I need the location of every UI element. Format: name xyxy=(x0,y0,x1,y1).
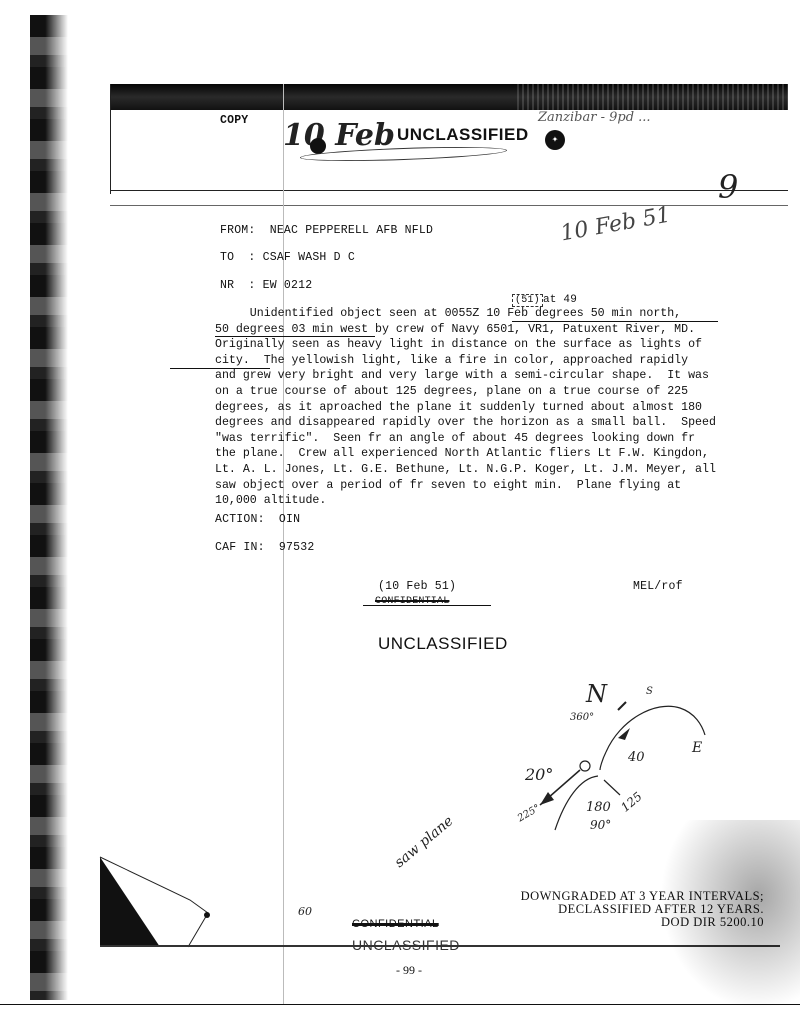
page-corner-fold xyxy=(90,855,220,950)
scan-bottom-edge xyxy=(0,1004,800,1005)
header-divider-2 xyxy=(110,205,788,206)
to-value: CSAF WASH D C xyxy=(263,251,355,264)
message-line: Lt. A. L. Jones, Lt. G.E. Bethune, Lt. N… xyxy=(215,462,716,478)
classification-stamp-middle: UNCLASSIFIED xyxy=(378,634,508,654)
copy-label: COPY xyxy=(220,114,248,127)
binder-edge xyxy=(30,15,68,1000)
message-line: Unidentified object seen at 0055Z 10 Feb… xyxy=(215,306,716,322)
message-line: on a true course of about 125 degrees, p… xyxy=(215,384,716,400)
margin-mark xyxy=(170,368,270,369)
handwritten-date-right: 10 Feb 51 xyxy=(559,203,673,247)
classification-stamp-top: UNCLASSIFIED xyxy=(397,125,529,145)
sketch-label-180: 180 xyxy=(586,800,611,815)
initials: MEL/rof xyxy=(633,580,683,593)
nr-label: NR : xyxy=(220,279,256,292)
sketch-label-north: N xyxy=(586,680,607,708)
message-line: Originally seen as heavy light in distan… xyxy=(215,337,716,353)
to-label: TO : xyxy=(220,251,256,264)
frame-left-line xyxy=(110,84,111,194)
from-value: NEAC PEPPERELL AFB NFLD xyxy=(270,224,433,237)
header-divider xyxy=(110,190,788,191)
nr-value: EW 0212 xyxy=(263,279,313,292)
from-label: FROM: xyxy=(220,224,256,237)
ink-blot xyxy=(310,138,326,154)
handwritten-date: 10 Feb xyxy=(283,118,395,153)
caf-value: 97532 xyxy=(279,541,315,554)
strike-underline xyxy=(363,605,491,606)
scan-noise xyxy=(660,820,800,1010)
action-label: ACTION: xyxy=(215,513,265,526)
insert-at: at 49 xyxy=(543,294,577,306)
sketch-label-20: 20° xyxy=(525,765,553,784)
message-line: 10,000 altitude. xyxy=(215,493,716,509)
sketch-label-east: E xyxy=(692,740,702,756)
nr-line: NR : EW 0212 xyxy=(220,279,312,292)
handwritten-note-top-right: Zanzibar - 9pd ... xyxy=(538,110,651,125)
to-line: TO : CSAF WASH D C xyxy=(220,251,355,264)
struck-stamp-bottom: CONFIDENTIAL xyxy=(352,918,439,930)
message-date: (10 Feb 51) xyxy=(378,580,456,593)
message-line: "was terrific". Seen fr an angle of abou… xyxy=(215,431,716,447)
caf-line: CAF IN: 97532 xyxy=(215,541,314,554)
sketch-note: saw plane xyxy=(392,813,457,871)
sketch-label-90: 90° xyxy=(590,818,611,832)
handwritten-number: 9 xyxy=(718,168,738,206)
classification-stamp-bottom: UNCLASSIFIED xyxy=(352,937,460,953)
header-bar xyxy=(110,84,788,110)
message-line: degrees and disappeared rapidly over the… xyxy=(215,415,716,431)
sketch-label-40: 40 xyxy=(628,750,645,765)
message-line: 50 degrees 03 min west by crew of Navy 6… xyxy=(215,322,716,338)
message-line: the plane. Crew all experienced North At… xyxy=(215,446,716,462)
handwritten-mark-bottom: 60 xyxy=(298,905,312,918)
page-number: - 99 - xyxy=(396,963,422,978)
seal-icon: ✦ xyxy=(545,130,565,150)
message-line: degrees, as it aproached the plane it su… xyxy=(215,400,716,416)
message-line: city. The yellowish light, like a fire i… xyxy=(215,353,716,369)
action-line: ACTION: OIN xyxy=(215,513,300,526)
sketch-label-s: S xyxy=(646,686,653,697)
caf-label: CAF IN: xyxy=(215,541,265,554)
message-line: saw object over a period of fr seven to … xyxy=(215,478,716,494)
message-line: and grew very bright and very large with… xyxy=(215,368,716,384)
underline-coord-1 xyxy=(512,321,718,322)
action-value: OIN xyxy=(279,513,300,526)
sketch-label-360: 360° xyxy=(570,712,594,723)
from-line: FROM: NEAC PEPPERELL AFB NFLD xyxy=(220,224,433,237)
underline-coord-2 xyxy=(215,336,375,337)
